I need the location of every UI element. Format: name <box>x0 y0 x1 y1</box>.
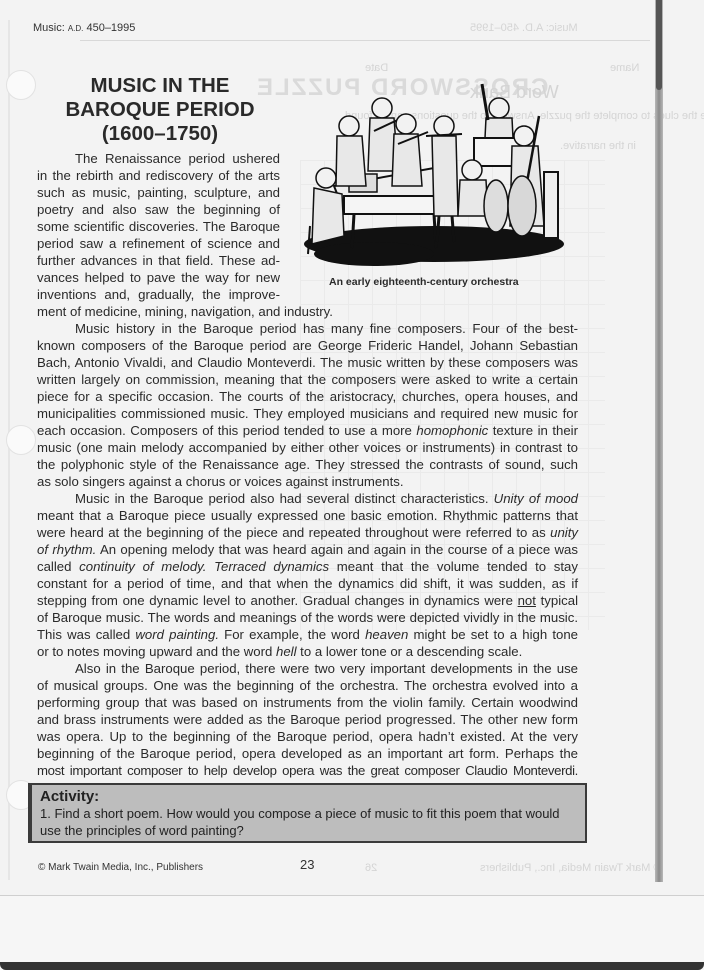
footer-copyright: © Mark Twain Media, Inc., Publishers <box>38 862 203 873</box>
running-head: Music: A.D. 450–1995 <box>33 22 135 34</box>
bleed-rule <box>80 40 650 41</box>
bleed-footer-page: 26 <box>365 862 377 874</box>
era-abbreviation: A.D. <box>68 24 84 33</box>
term-heaven: heaven <box>365 627 408 642</box>
binder-hole-top <box>6 70 36 100</box>
term-hell: hell <box>276 644 297 659</box>
book-spine-shadow <box>655 0 663 882</box>
bleed-footer-copyright: © Mark Twain Media, Inc., Publishers <box>480 862 662 874</box>
activity-box: Activity: 1. Find a short poem. How woul… <box>28 783 587 843</box>
term-continuity-of-melody: continuity of melody. <box>79 559 206 574</box>
book-spine-dark <box>656 0 662 90</box>
term-unity: unity <box>550 525 578 540</box>
paragraph-developments: Also in the Baroque period, there were t… <box>37 660 578 779</box>
term-of-rhythm: of rhythm. <box>37 542 96 557</box>
page-number: 23 <box>300 857 314 872</box>
term-homophonic: homophonic <box>416 423 488 438</box>
paragraph-composers: Music history in the Baroque period has … <box>37 320 578 490</box>
bleed-date-label: Date <box>365 62 388 74</box>
bleed-name-label: Name <box>610 62 639 74</box>
activity-title: Activity: <box>40 788 577 805</box>
paragraph-characteristics: Music in the Baroque period also had sev… <box>37 490 578 660</box>
term-terraced-dynamics: Terraced dynamics <box>214 559 329 574</box>
bleed-running-head: Music: A.D. 450–1995 <box>470 22 578 34</box>
binder-hole-middle <box>6 425 36 455</box>
page-title: MUSIC IN THE BAROQUE PERIOD (1600–1750) <box>40 74 280 146</box>
scanner-edge <box>0 962 704 970</box>
paragraph-intro: The Renaissance period ushered in the re… <box>37 150 578 320</box>
activity-question: 1. Find a short poem. How would you comp… <box>40 805 577 839</box>
term-unity-of-mood: Unity of mood <box>494 491 578 506</box>
term-word-painting: word painting. <box>135 627 219 642</box>
document-page: Music: A.D. 450–1995 Name Date CROSSWORD… <box>0 0 704 895</box>
emphasis-not: not <box>518 593 536 608</box>
underlying-page <box>0 895 704 970</box>
